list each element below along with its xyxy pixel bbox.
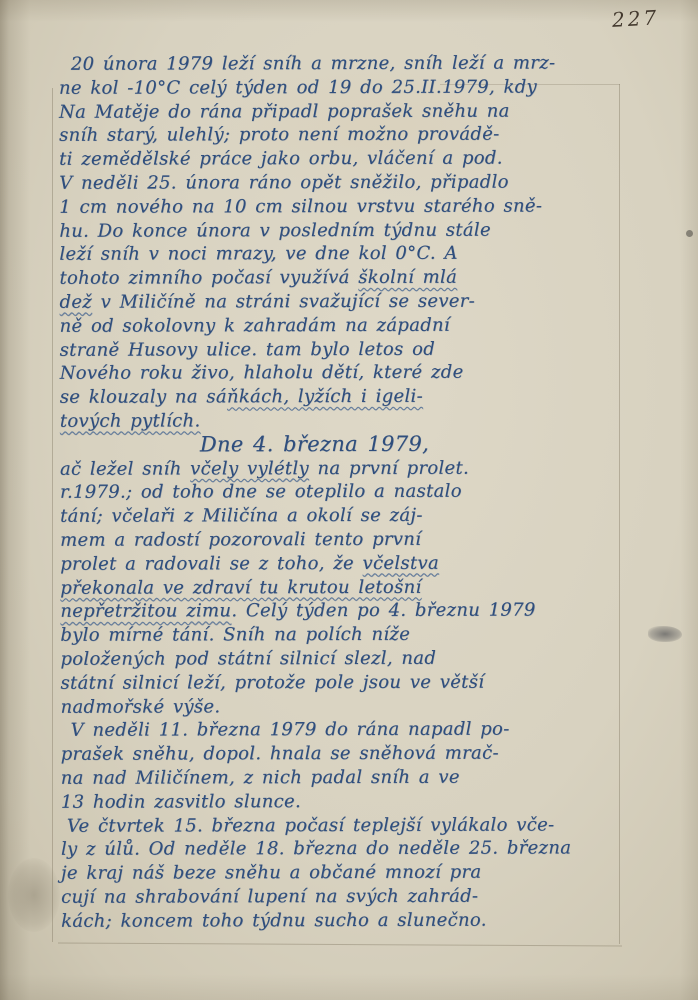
text-line: Ve čtvrtek 15. března počasí teplejší vy… [61,813,641,838]
handwriting-block: 20 února 1979 leží sníh a mrzne, sníh le… [59,51,641,933]
text-line: leží sníh v noci mrazy, ve dne kol 0°C. … [59,242,639,267]
text-segment: cují na shrabování lupení na svých zahrá… [61,886,478,908]
text-line: ač ležel sníh včely vylétly na první pro… [60,456,640,481]
underlined-phrase: včelstva [363,553,439,574]
text-line: hu. Do konce února v posledním týdnu stá… [59,218,639,243]
text-line: překonala ve zdraví tu krutou letošní [60,575,640,600]
ink-blot [648,626,682,642]
text-line: prašek sněhu, dopol. hnala se sněhová mr… [61,741,641,766]
text-line: straně Husovy ulice. tam bylo letos od [60,337,640,362]
text-line: mem a radostí pozorovali tento první [60,527,640,552]
text-segment: se klouzaly na sá [60,386,227,407]
text-segment: prolet a radovali se z toho, že [60,553,362,575]
text-line: se klouzaly na sáňkách, lyžích i igeli- [60,384,640,409]
text-line: Nového roku živo, hlaholu dětí, které zd… [60,361,640,386]
underlined-phrase: včely vylétly [190,458,309,479]
text-segment: prašek sněhu, dopol. hnala se sněhová mr… [61,743,499,765]
text-line: prolet a radovali se z toho, že včelstva [60,551,640,576]
text-segment: Dne 4. března 1979, [200,432,429,457]
text-line: dež v Miličíně na stráni svažující se se… [59,289,639,314]
text-segment: 13 hodin zasvitlo slunce. [61,791,301,813]
text-line: cují na shrabování lupení na svých zahrá… [61,884,641,909]
text-line: 20 února 1979 leží sníh a mrzne, sníh le… [59,51,639,76]
text-segment: leží sníh v noci mrazy, ve dne kol 0°C. … [59,243,457,265]
text-line: ly z úlů. Od neděle 18. března do neděle… [61,837,641,862]
text-line: Na Matěje do rána připadl poprašek sněhu… [59,99,639,124]
underlined-phrase: překonala ve zdraví tu krutou letošní [60,576,421,598]
text-line: na nad Miličínem, z nich padal sníh a ve [61,765,641,790]
text-segment: je kraj náš beze sněhu a občané mnozí pr… [61,862,481,884]
text-line: nepřetržitou zimu. Celý týden po 4. břez… [60,599,640,624]
text-segment: ně od sokolovny k zahradám na západní [60,315,450,337]
text-segment: . Celý týden po 4. březnu 1979 [231,600,535,622]
text-segment: na první prolet. [309,457,469,478]
underlined-phrase: školní mlá [358,267,457,288]
underlined-phrase: nepřetržitou zimu [60,601,231,622]
text-line: státní silnicí leží, protože pole jsou v… [60,670,640,695]
text-segment: Na Matěje do rána připadl poprašek sněhu… [59,100,510,122]
text-line: položených pod státní silnicí slezl, nad [60,646,640,671]
text-segment: r.1979.; od toho dne se oteplilo a nasta… [60,481,462,503]
text-line: kách; koncem toho týdnu sucho a slunečno… [61,908,641,933]
text-line: Dne 4. března 1979, [60,432,640,457]
text-segment: nadmořské výše. [61,696,221,717]
text-segment: hu. Do konce února v posledním týdnu stá… [59,219,491,241]
text-segment: sníh starý, ulehlý; proto není možno pro… [59,124,500,146]
chronicle-page: 227 20 února 1979 leží sníh a mrzne, sní… [0,0,698,1000]
text-segment: tání; včelaři z Miličína a okolí se záj- [60,505,423,527]
pencil-margin-left [52,88,53,942]
pencil-rule-bottom [58,943,622,947]
text-segment: v Miličíně na stráni svažující se sever- [92,291,475,313]
text-line: V neděli 25. února ráno opět sněžilo, př… [59,170,639,195]
text-line: ne kol -10°C celý týden od 19 do 25.II.1… [59,75,639,100]
text-line: tání; včelaři z Miličína a okolí se záj- [60,503,640,528]
text-segment: V neděli 11. března 1979 do rána napadl … [71,719,510,741]
ink-dot [686,230,693,237]
underlined-phrase: ňkách, lyžích i igeli- [227,386,423,408]
text-segment: bylo mírné tání. Sníh na polích níže [60,624,410,646]
text-line: V neděli 11. března 1979 do rána napadl … [61,718,641,743]
text-line: nadmořské výše. [61,694,641,719]
text-line: r.1979.; od toho dne se oteplilo a nasta… [60,480,640,505]
text-segment: mem a radostí pozorovali tento první [60,529,421,551]
text-line: ně od sokolovny k zahradám na západní [60,313,640,338]
text-segment: ne kol -10°C celý týden od 19 do 25.II.1… [59,76,537,98]
text-segment: ti zemědělské práce jako orbu, vláčení a… [59,148,503,170]
text-segment: tohoto zimního počasí využívá [59,267,358,289]
text-line: ti zemědělské práce jako orbu, vláčení a… [59,146,639,171]
text-segment: položených pod státní silnicí slezl, nad [60,648,436,670]
text-line: tohoto zimního počasí využívá školní mlá [59,265,639,290]
text-line: tových pytlích. [60,408,640,433]
text-segment: 20 února 1979 leží sníh a mrzne, sníh le… [71,52,556,74]
text-segment: V neděli 25. února ráno opět sněžilo, př… [59,172,509,194]
text-segment: straně Husovy ulice. tam bylo letos od [60,338,436,360]
underlined-phrase: tových pytlích. [60,410,201,431]
text-line: sníh starý, ulehlý; proto není možno pro… [59,123,639,148]
text-segment: Nového roku živo, hlaholu dětí, které zd… [60,362,464,384]
text-line: 1 cm nového na 10 cm silnou vrstvu staré… [59,194,639,219]
underlined-phrase: dež [59,292,92,313]
text-segment: ač ležel sníh [60,458,190,479]
text-segment: ly z úlů. Od neděle 18. března do neděle… [61,838,571,860]
text-line: bylo mírné tání. Sníh na polích níže [60,622,640,647]
page-number: 227 [611,4,682,32]
text-line: 13 hodin zasvitlo slunce. [61,789,641,814]
text-segment: na nad Miličínem, z nich padal sníh a ve [61,767,460,789]
text-segment: státní silnicí leží, protože pole jsou v… [60,671,484,693]
text-line: je kraj náš beze sněhu a občané mnozí pr… [61,860,641,885]
text-segment: 1 cm nového na 10 cm silnou vrstvu staré… [59,195,542,217]
text-segment: Ve čtvrtek 15. března počasí teplejší vy… [67,814,555,836]
text-segment: kách; koncem toho týdnu sucho a slunečno… [61,909,487,931]
